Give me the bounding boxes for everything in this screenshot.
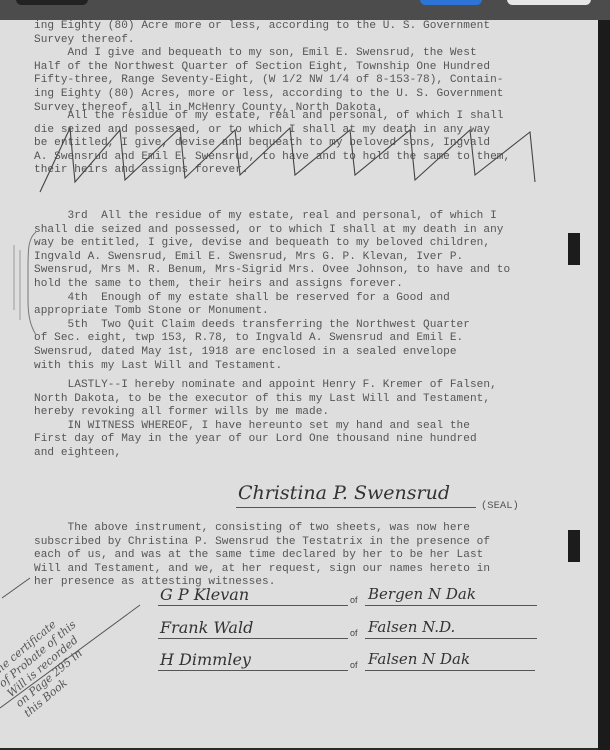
seal-label: (SEAL) bbox=[481, 500, 519, 512]
page-marker-bottom bbox=[568, 530, 580, 562]
margin-note-border bbox=[0, 560, 160, 710]
witness-1-line bbox=[158, 605, 348, 606]
back-button[interactable] bbox=[16, 0, 88, 5]
paragraph-executor: LASTLY--I hereby nominate and appoint He… bbox=[34, 379, 497, 461]
secondary-button[interactable] bbox=[507, 0, 591, 5]
witness-3-place-line bbox=[365, 670, 535, 671]
witness-1-signature: G P Klevan bbox=[160, 585, 249, 604]
testator-signature: Christina P. Swensrud bbox=[238, 482, 450, 504]
page-marker-top bbox=[568, 233, 580, 265]
witness-3-line bbox=[158, 670, 348, 671]
witness-2-line bbox=[158, 638, 348, 639]
witness-1-of: of bbox=[350, 595, 358, 605]
witness-2-place: Falsen N.D. bbox=[368, 618, 455, 636]
margin-bracket bbox=[0, 230, 40, 340]
witness-1-place: Bergen N Dak bbox=[368, 585, 476, 603]
signature-line bbox=[236, 507, 476, 508]
witness-3-place: Falsen N Dak bbox=[368, 650, 470, 668]
strike-through-marks bbox=[30, 120, 550, 200]
witness-3-signature: H Dimmley bbox=[160, 650, 251, 669]
paragraph-residue-children: 3rd All the residue of my estate, real a… bbox=[34, 210, 510, 373]
witness-2-of: of bbox=[350, 628, 358, 638]
viewer-toolbar bbox=[0, 0, 610, 22]
witness-2-signature: Frank Wald bbox=[160, 618, 253, 637]
scanned-document-page: ing Eighty (80) Acre more or less, accor… bbox=[0, 20, 598, 748]
paragraph-land-bequest: ing Eighty (80) Acre more or less, accor… bbox=[34, 20, 504, 115]
witness-3-of: of bbox=[350, 660, 358, 670]
scan-edge bbox=[598, 20, 610, 750]
witness-2-place-line bbox=[365, 638, 537, 639]
witness-1-place-line bbox=[365, 605, 537, 606]
primary-button[interactable] bbox=[420, 0, 482, 5]
